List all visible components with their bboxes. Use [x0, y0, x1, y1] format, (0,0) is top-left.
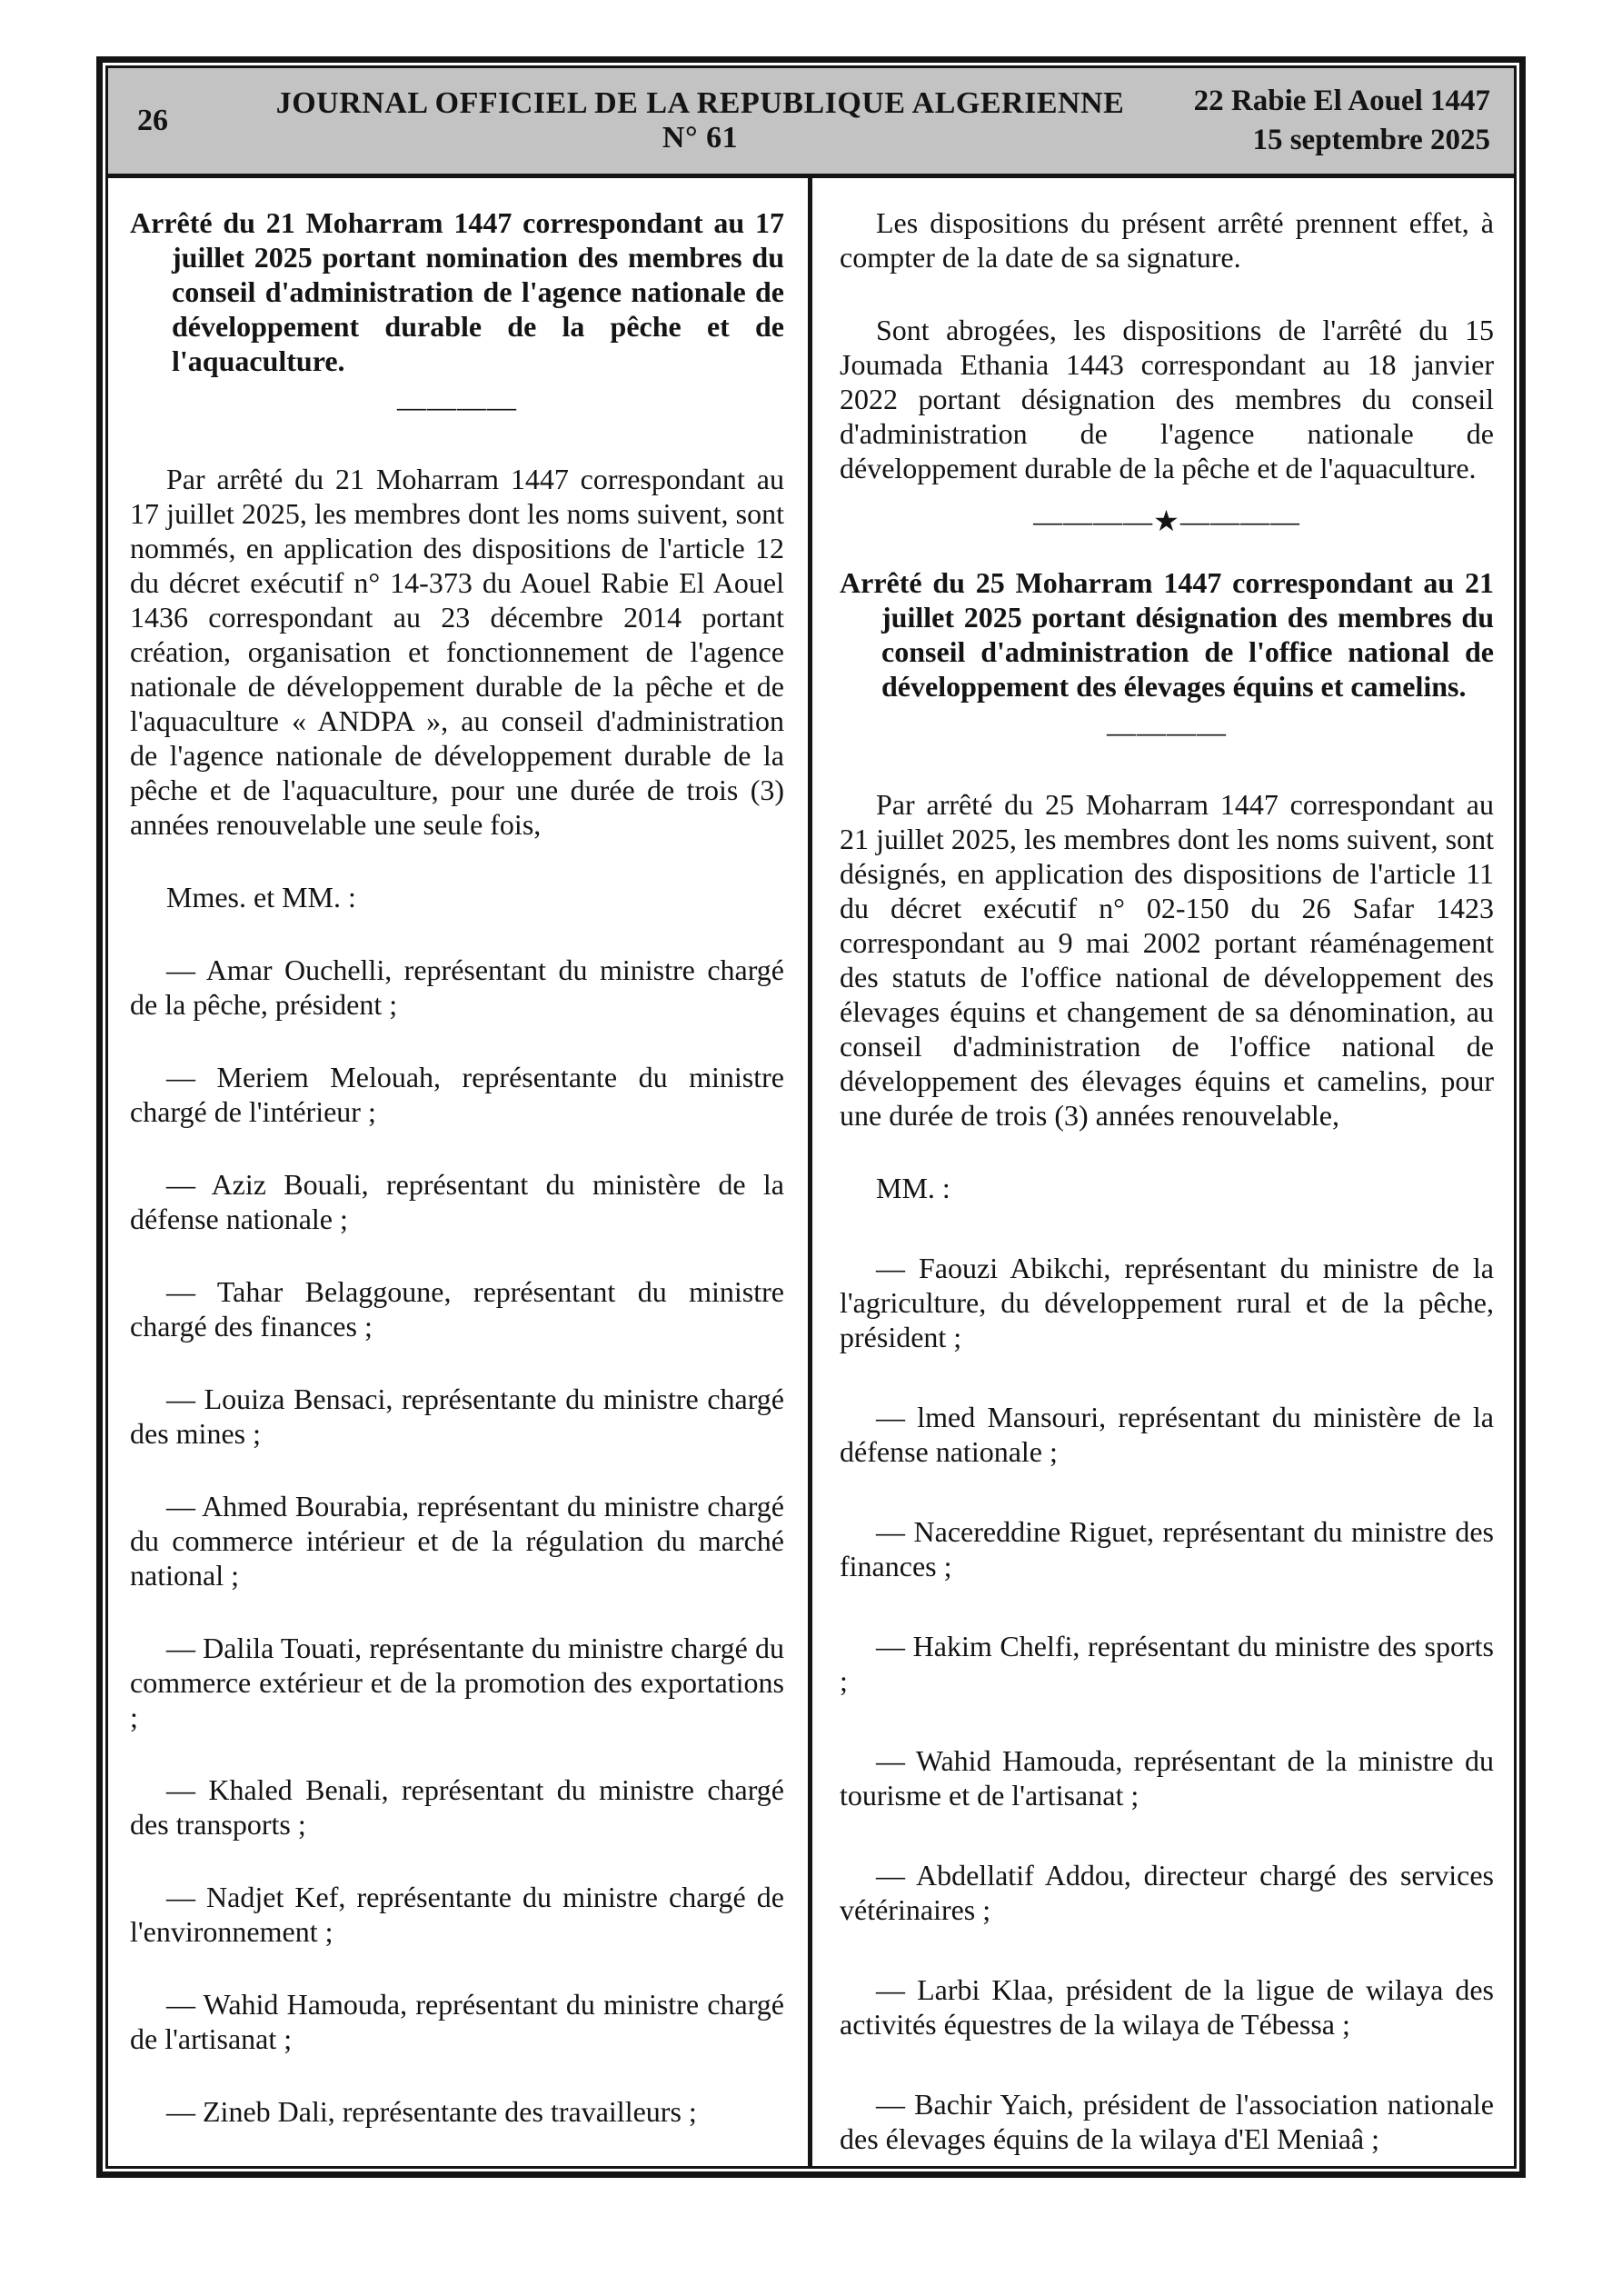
page-number: 26: [108, 104, 274, 138]
member-item: — Meriem Melouah, représentante du minis…: [130, 1060, 784, 1129]
member-item: — Abdellatif Addou, directeur chargé des…: [840, 1858, 1494, 1927]
date-hijri: 22 Rabie El Aouel 1447: [1127, 82, 1490, 121]
article-title-andpa: Arrêté du 21 Moharram 1447 correspondant…: [130, 205, 784, 378]
page-header: 26 JOURNAL OFFICIEL DE LA REPUBLIQUE ALG…: [108, 68, 1514, 178]
member-item: — Faouzi Abikchi, représentant du minist…: [840, 1251, 1494, 1354]
header-dates: 22 Rabie El Aouel 1447 15 septembre 2025: [1127, 82, 1514, 160]
member-item: — Bachir Yaich, président de l'associati…: [840, 2087, 1494, 2156]
star-separator: ————★————: [840, 504, 1494, 538]
column-right: Les dispositions du présent arrêté prenn…: [812, 178, 1514, 2166]
list-label-mm: MM. :: [840, 1171, 1494, 1205]
list-label-mmes-mm: Mmes. et MM. :: [130, 880, 784, 914]
member-item: — Ahmed Bourabia, représentant du minist…: [130, 1489, 784, 1592]
date-gregorian: 15 septembre 2025: [1127, 121, 1490, 160]
member-item: — lmed Mansouri, représentant du ministè…: [840, 1400, 1494, 1469]
member-item: — Wahid Hamouda, représentant de la mini…: [840, 1743, 1494, 1812]
dash-separator: ————: [840, 714, 1494, 749]
member-item: — Aziz Bouali, représentant du ministère…: [130, 1167, 784, 1236]
page-frame: 26 JOURNAL OFFICIEL DE LA REPUBLIQUE ALG…: [96, 56, 1526, 2178]
member-item: — Wahid Hamouda, représentant du ministr…: [130, 1987, 784, 2056]
member-item: — Khaled Benali, représentant du ministr…: [130, 1772, 784, 1842]
member-item: — Dalila Touati, représentante du minist…: [130, 1631, 784, 1734]
paragraph-intro-andpa: Par arrêté du 21 Moharram 1447 correspon…: [130, 462, 784, 842]
journal-title: JOURNAL OFFICIEL DE LA REPUBLIQUE ALGERI…: [274, 86, 1127, 155]
member-item: — Nadjet Kef, représentante du ministre …: [130, 1880, 784, 1949]
page-inner-border: 26 JOURNAL OFFICIEL DE LA REPUBLIQUE ALG…: [105, 65, 1517, 2169]
page-body: Arrêté du 21 Moharram 1447 correspondant…: [108, 178, 1514, 2166]
member-item: — Tahar Belaggoune, représentant du mini…: [130, 1274, 784, 1343]
paragraph-abrogation: Sont abrogées, les dispositions de l'arr…: [840, 313, 1494, 485]
member-item: — Larbi Klaa, président de la ligue de w…: [840, 1972, 1494, 2041]
member-item: — Amar Ouchelli, représentant du ministr…: [130, 953, 784, 1022]
member-item: — Nacereddine Riguet, représentant du mi…: [840, 1514, 1494, 1583]
member-item: — Zineb Dali, représentante des travaill…: [130, 2094, 784, 2129]
dash-separator: ————: [130, 389, 784, 424]
article-title-equins-camelins: Arrêté du 25 Moharram 1447 correspondant…: [840, 565, 1494, 704]
paragraph-effect: Les dispositions du présent arrêté prenn…: [840, 205, 1494, 275]
member-item: — Hakim Chelfi, représentant du ministre…: [840, 1629, 1494, 1698]
column-left: Arrêté du 21 Moharram 1447 correspondant…: [108, 178, 808, 2166]
member-item: — Louiza Bensaci, représentante du minis…: [130, 1382, 784, 1451]
paragraph-intro-equins: Par arrêté du 25 Moharram 1447 correspon…: [840, 787, 1494, 1133]
